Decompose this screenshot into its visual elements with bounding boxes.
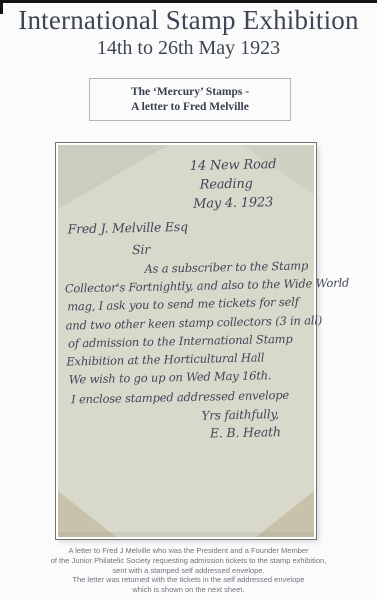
- letter-body-line: Collector's Fortnightly, and also to the…: [65, 276, 350, 296]
- exhibit-label-line-1: The ‘Mercury’ Stamps -: [131, 85, 249, 100]
- letter-closing: Yrs faithfully,: [201, 407, 279, 423]
- letter-body-line: of admission to the International Stamp: [68, 332, 293, 351]
- caption-line: which is shown on the next sheet.: [0, 585, 377, 595]
- letter-photo: 14 New Road Reading May 4. 1923 Fred J. …: [56, 143, 316, 539]
- caption-line: sent with a stamped self addressed envel…: [0, 566, 377, 576]
- letter-address-line: Reading: [200, 177, 253, 193]
- caption-line: A letter to Fred J Melville who was the …: [0, 546, 377, 556]
- handwritten-letter: 14 New Road Reading May 4. 1923 Fred J. …: [54, 142, 318, 539]
- page-subtitle: 14th to 26th May 1923: [0, 37, 377, 60]
- letter-salutation: Sir: [132, 242, 150, 257]
- album-page: International Stamp Exhibition 14th to 2…: [0, 0, 377, 600]
- letter-address-line: 14 New Road: [190, 157, 277, 174]
- caption-line: The letter was returned with the tickets…: [0, 575, 377, 585]
- letter-body-line: We wish to go up on Wed May 16th.: [69, 368, 272, 386]
- scan-edge-artifact-top: [0, 0, 377, 3]
- exhibit-label-line-2: A letter to Fred Melville: [131, 100, 249, 115]
- caption-block: A letter to Fred J Melville who was the …: [0, 546, 377, 595]
- letter-body-line: I enclose stamped addressed envelope: [71, 388, 289, 407]
- letter-body-line: mag, I ask you to send me tickets for se…: [67, 295, 299, 314]
- caption-line: of the Junior Philatelic Society request…: [0, 556, 377, 566]
- letter-signature: E. B. Heath: [210, 424, 281, 440]
- letter-recipient: Fred J. Melville Esq: [67, 219, 187, 237]
- letter-body-line: Exhibition at the Horticultural Hall: [66, 350, 264, 368]
- letter-body-line: and two other keen stamp collectors (3 i…: [66, 313, 323, 332]
- exhibit-label-box: The ‘Mercury’ Stamps - A letter to Fred …: [89, 78, 291, 121]
- letter-body-line: As a subscriber to the Stamp: [144, 258, 308, 275]
- page-title: International Stamp Exhibition: [0, 5, 377, 36]
- letter-date-line: May 4. 1923: [193, 195, 273, 212]
